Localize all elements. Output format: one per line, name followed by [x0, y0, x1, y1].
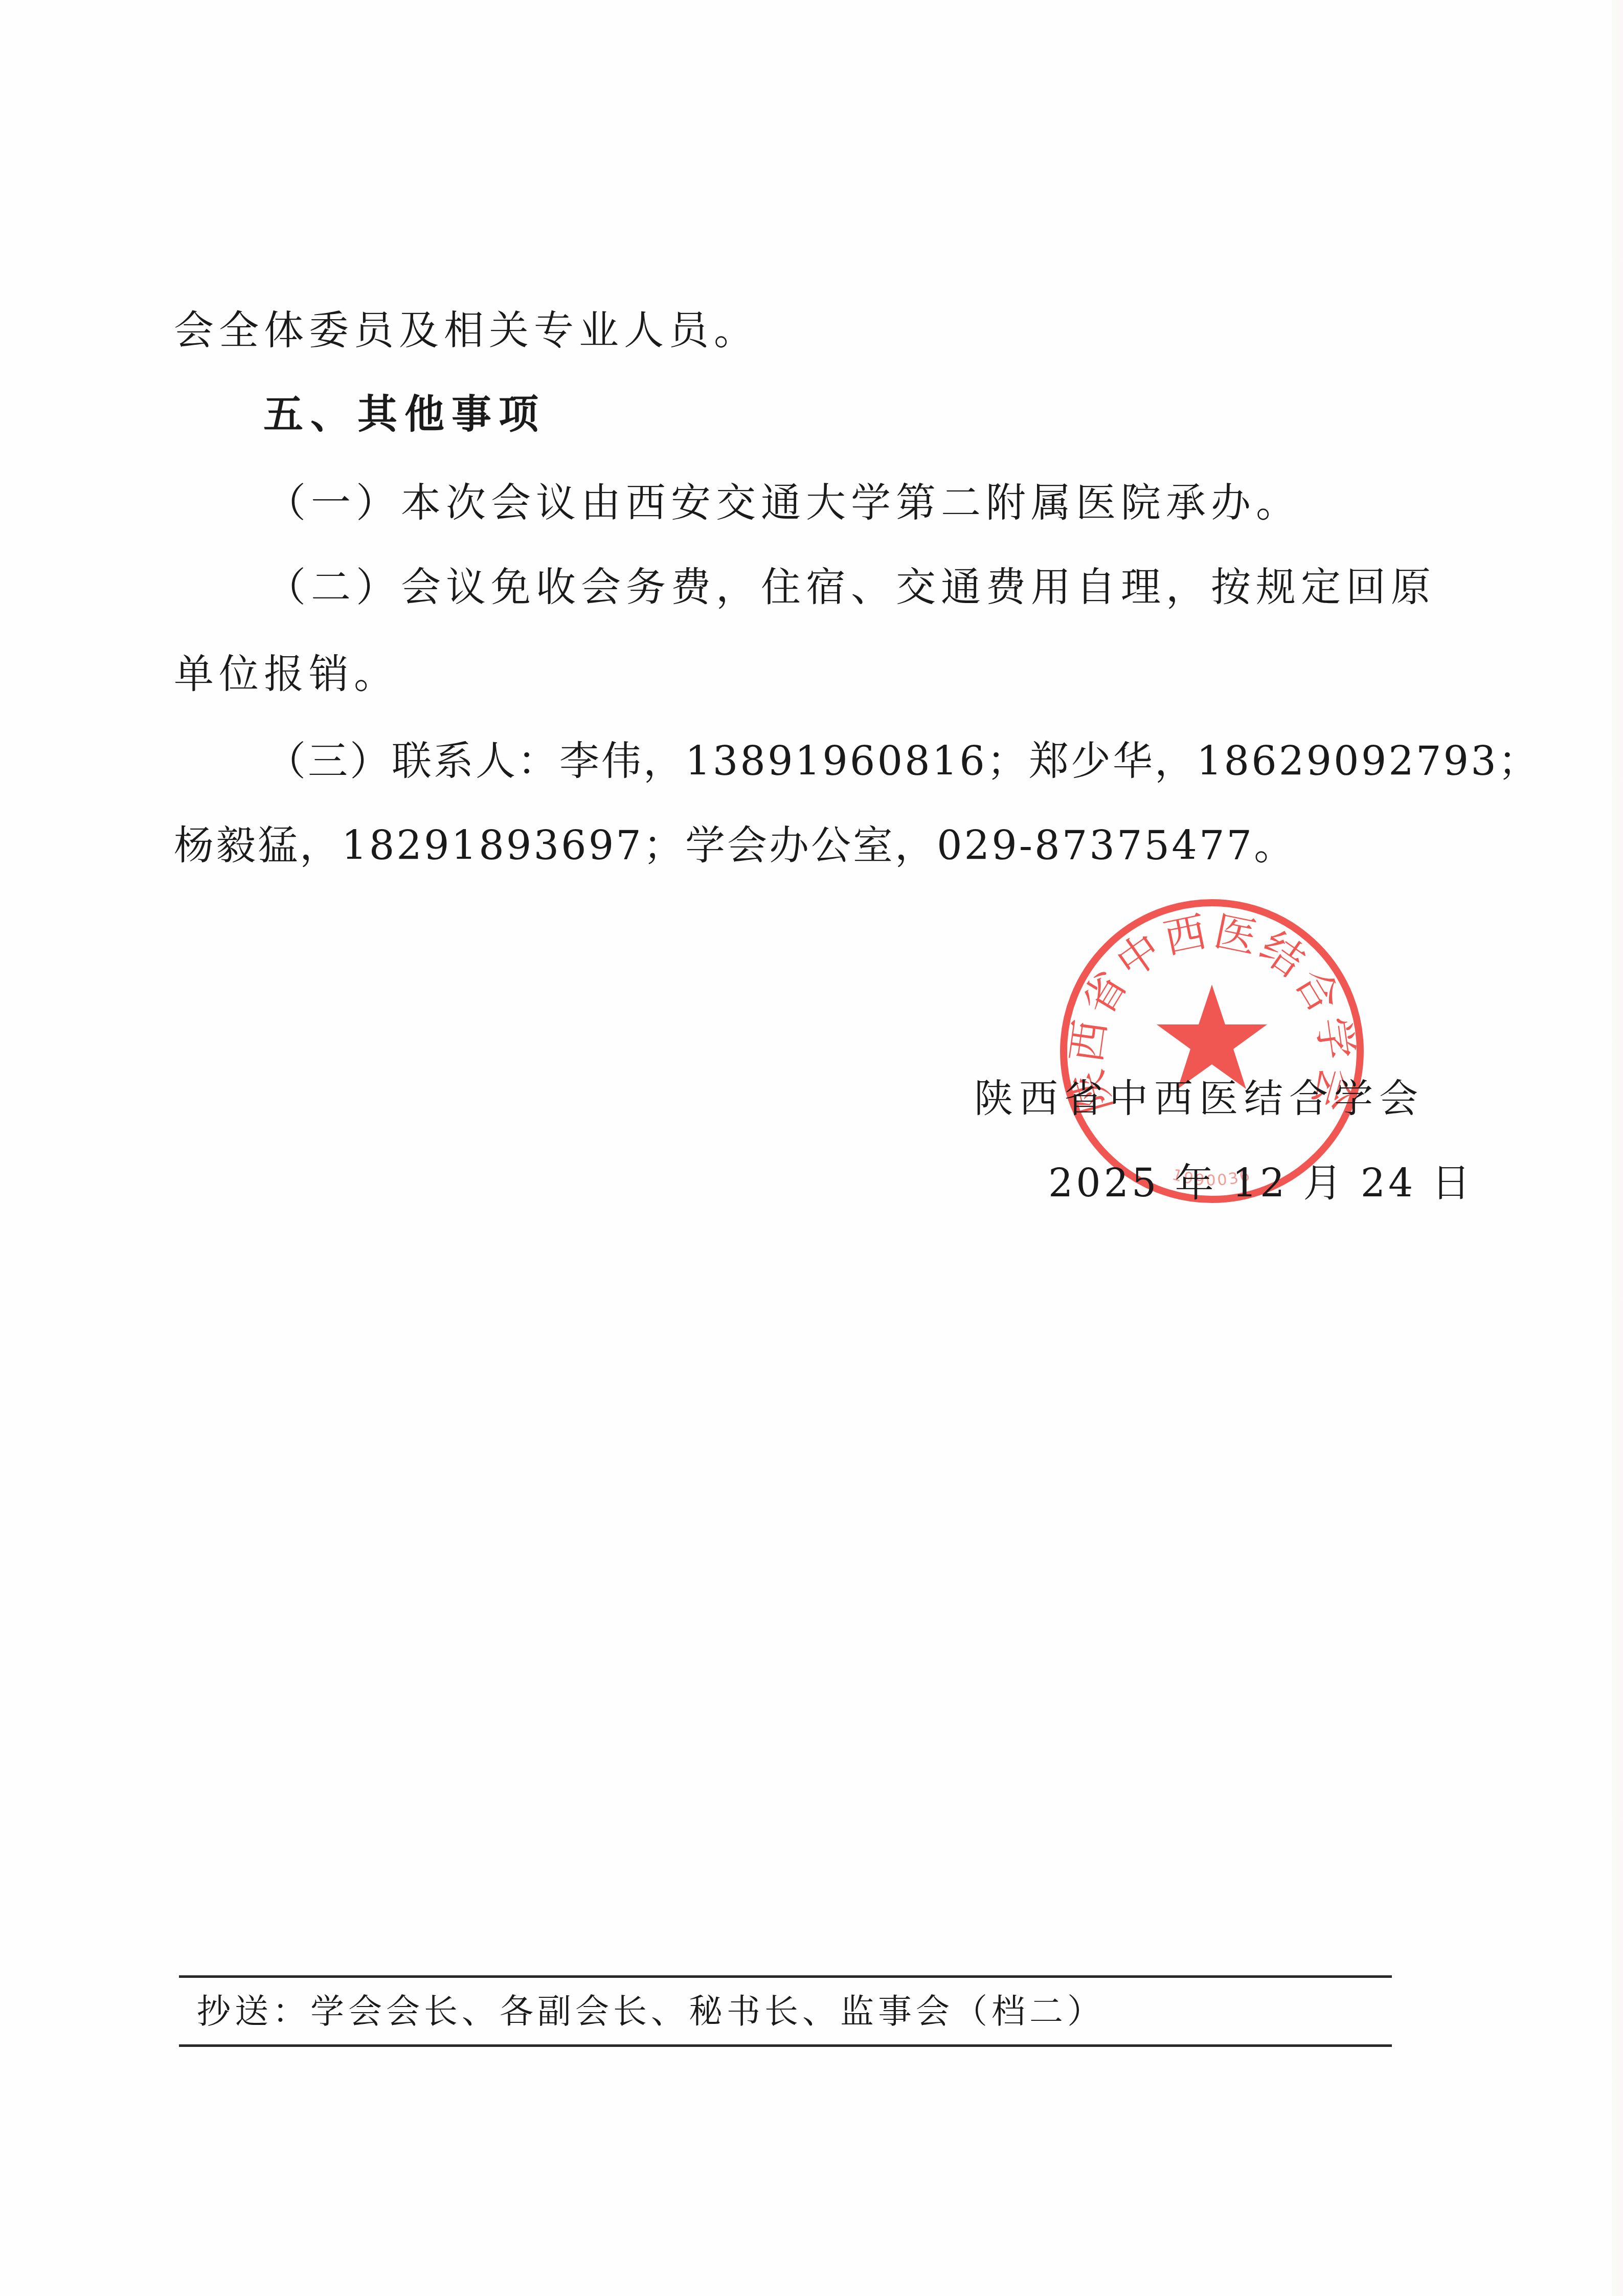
- document-page: 会全体委员及相关专业人员。 五、其他事项 （一）本次会议由西安交通大学第二附属医…: [0, 0, 1623, 2296]
- signature-organization: 陕西省中西医结合学会: [974, 1079, 1424, 1118]
- star-icon: [1157, 985, 1267, 1089]
- item-3-contacts: （三）联系人：李伟，13891960816；郑少华，18629092793；: [266, 742, 1540, 782]
- item-3-continuation: 杨毅猛，18291893697；学会办公室，029-87375477。: [174, 826, 1296, 866]
- body-line-continuation: 会全体委员及相关专业人员。: [174, 311, 759, 351]
- signature-date: 2025 年 12 月 24 日: [1048, 1164, 1474, 1202]
- item-2-continuation: 单位报销。: [174, 655, 399, 695]
- item-1-text: （一）本次会议由西安交通大学第二附属医院承办。: [266, 483, 1301, 523]
- item-2-text: （二）会议免收会务费，住宿、交通费用自理，按规定回原: [266, 568, 1436, 608]
- footer-rule-top: [179, 1975, 1392, 1978]
- footer-rule-bottom: [179, 2044, 1392, 2047]
- section-heading-other-matters: 五、其他事项: [263, 395, 546, 435]
- cc-line: 抄送：学会会长、各副会长、秘书长、监事会（档二）: [197, 1995, 1105, 2028]
- page-edge: [1612, 0, 1623, 2296]
